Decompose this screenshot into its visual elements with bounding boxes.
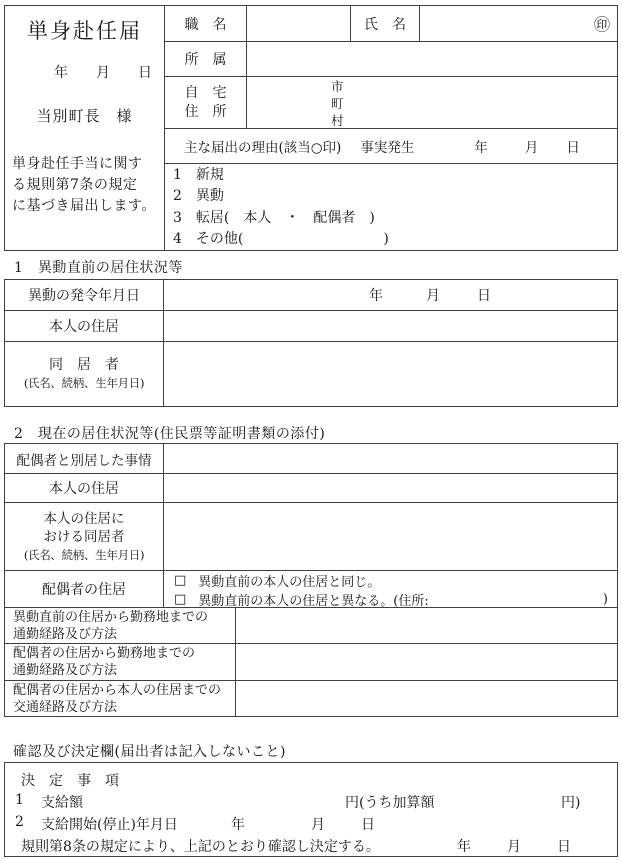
addressee-label: 当別町長 様 <box>5 105 164 126</box>
commute-spouse-row: 配偶者の住居から勤務地までの 通勤経路及び方法 <box>5 644 617 681</box>
reason-header-row: 主な届出の理由(該当○印) 事実発生 年 月 日 <box>165 129 617 164</box>
current-own-residence-row: 本人の住居 <box>5 474 617 503</box>
checkbox-icon[interactable]: □ <box>174 573 186 588</box>
commute-before-row: 異動直前の住居から勤務地までの 通勤経路及び方法 <box>5 608 617 644</box>
order-date-label: 異動の発令年月日 <box>5 280 164 310</box>
commute-before-field[interactable] <box>236 608 617 643</box>
reason-header-label: 主な届出の理由(該当○印) <box>184 136 341 156</box>
own-residence-field[interactable] <box>164 311 617 341</box>
cohabitants-label: 同 居 者 (氏名、続柄、生年月日) <box>5 342 164 406</box>
home-address-field[interactable]: 市 町 村 <box>247 77 617 128</box>
travel-between-row: 配偶者の住居から本人の住居までの 交通経路及び方法 <box>5 681 617 716</box>
yen-addition-label: 円(うち加算額 <box>345 792 434 812</box>
reason-options-list: 1 新規 2 異動 3 転居( 本人 ・ 配偶者 ) 4 その他( ) <box>165 164 617 250</box>
spouse-residence-label: 配偶者の住居 <box>5 571 164 607</box>
current-cohabitants-field[interactable] <box>164 503 617 570</box>
travel-between-label: 配偶者の住居から本人の住居までの 交通経路及び方法 <box>5 681 236 716</box>
own-residence-row: 本人の住居 <box>5 311 617 342</box>
payment-start-line: 2 支給開始(停止)年月日 年 月 日 <box>5 814 617 834</box>
option-different-label: 異動直前の本人の住居と異なる。(住所: <box>198 590 428 609</box>
name-label: 氏 名 <box>351 6 420 41</box>
month-label: 月 <box>426 285 440 305</box>
current-own-residence-field[interactable] <box>164 474 617 502</box>
home-address-row: 自 宅 住 所 市 町 村 <box>165 77 617 129</box>
item-number: 2 <box>15 814 24 830</box>
travel-between-field[interactable] <box>236 681 617 716</box>
day-label: 日 <box>557 836 571 856</box>
month-label: 月 <box>311 814 325 834</box>
job-title-name-row: 職 名 氏 名 ㊞ <box>165 6 617 42</box>
day-label: 日 <box>566 136 580 156</box>
reason-option-relocation[interactable]: 3 転居( 本人 ・ 配偶者 ) <box>173 208 617 228</box>
payment-amount-line: 1 支給額 円(うち加算額 円) <box>5 792 617 812</box>
cohabitants-label-sub: (氏名、続柄、生年月日) <box>24 374 144 392</box>
spouse-residence-row: 配偶者の住居 □ 異動直前の本人の住居と同じ。 □ 異動直前の本人の住居と異なる… <box>5 571 617 608</box>
form-header-table: 単身赴任届 年 月 日 当別町長 様 単身赴任手当に関す る規則第7条の規定 に… <box>4 5 618 251</box>
name-field[interactable]: ㊞ <box>420 6 617 41</box>
affiliation-field[interactable] <box>247 42 617 76</box>
separation-reason-field[interactable] <box>164 444 617 473</box>
yen-close-label: 円) <box>561 792 580 812</box>
current-own-residence-label: 本人の住居 <box>5 474 164 502</box>
spouse-residence-option-same: □ 異動直前の本人の住居と同じ。 <box>174 571 617 590</box>
commute-spouse-label: 配偶者の住居から勤務地までの 通勤経路及び方法 <box>5 644 236 680</box>
item-number: 1 <box>15 792 24 808</box>
fact-occurrence-label: 事実発生 <box>360 136 414 156</box>
separation-reason-label: 配偶者と別居した事情 <box>5 444 164 473</box>
form-header-fields: 職 名 氏 名 ㊞ 所 属 自 宅 住 所 市 町 村 主な届出の理由(該当○印… <box>165 6 617 250</box>
current-cohabitants-label-sub: (氏名、続柄、生年月日) <box>24 546 144 564</box>
day-label: 日 <box>138 62 152 82</box>
form-title: 単身赴任届 <box>5 15 164 45</box>
decision-items-title: 決 定 事 項 <box>21 770 119 790</box>
affiliation-row: 所 属 <box>165 42 617 77</box>
separation-reason-row: 配偶者と別居した事情 <box>5 444 617 474</box>
year-label: 年 <box>54 62 68 82</box>
job-title-label: 職 名 <box>165 6 247 41</box>
day-label: 日 <box>361 814 375 834</box>
month-label: 月 <box>96 62 110 82</box>
cohabitants-label-main: 同 居 者 <box>49 356 119 374</box>
reason-option-other[interactable]: 4 その他( ) <box>173 229 617 249</box>
declaration-text: 単身赴任手当に関す る規則第7条の規定 に基づき届出します。 <box>5 154 164 217</box>
payment-amount-label: 支給額 <box>41 792 83 812</box>
commute-spouse-field[interactable] <box>236 644 617 680</box>
cohabitants-row: 同 居 者 (氏名、続柄、生年月日) <box>5 342 617 406</box>
spouse-residence-field: □ 異動直前の本人の住居と同じ。 □ 異動直前の本人の住居と異なる。(住所: ) <box>164 571 617 607</box>
single-assignment-notification-form: 単身赴任届 年 月 日 当別町長 様 単身赴任手当に関す る規則第7条の規定 に… <box>0 0 622 861</box>
cohabitants-field[interactable] <box>164 342 617 406</box>
current-cohabitants-row: 本人の住居に おける同居者 (氏名、続柄、生年月日) <box>5 503 617 571</box>
decision-box: 決 定 事 項 1 支給額 円(うち加算額 円) 2 支給開始(停止)年月日 年… <box>4 762 618 857</box>
reason-option-new[interactable]: 1 新規 <box>173 165 617 185</box>
confirmation-text: 規則第8条の規定により、上記のとおり確認し決定する。 <box>21 836 380 856</box>
home-address-label: 自 宅 住 所 <box>165 77 247 128</box>
reason-option-transfer[interactable]: 2 異動 <box>173 186 617 206</box>
city-town-village-label: 市 町 村 <box>247 77 617 129</box>
checkbox-icon[interactable]: □ <box>174 592 186 607</box>
form-intro-cell: 単身赴任届 年 月 日 当別町長 様 単身赴任手当に関す る規則第7条の規定 に… <box>5 6 165 250</box>
order-date-field[interactable]: 年 月 日 <box>164 280 617 310</box>
section2-heading: 2 現在の居住状況等(住民票等証明書類の添付) <box>14 423 325 443</box>
section1-table: 異動の発令年月日 年 月 日 本人の住居 同 居 者 (氏名、続柄、生年月日) <box>4 279 618 407</box>
year-label: 年 <box>457 836 471 856</box>
job-title-field[interactable] <box>247 6 351 41</box>
month-label: 月 <box>525 136 539 156</box>
option-different-close-paren: ) <box>603 592 608 607</box>
order-date-row: 異動の発令年月日 年 月 日 <box>5 280 617 311</box>
payment-start-label: 支給開始(停止)年月日 <box>41 814 178 834</box>
option-same-label: 異動直前の本人の住居と同じ。 <box>198 571 380 590</box>
month-label: 月 <box>507 836 521 856</box>
own-residence-label: 本人の住居 <box>5 311 164 341</box>
current-cohabitants-label: 本人の住居に おける同居者 (氏名、続柄、生年月日) <box>5 503 164 570</box>
day-label: 日 <box>477 285 491 305</box>
spouse-residence-option-different: □ 異動直前の本人の住居と異なる。(住所: ) <box>174 590 617 609</box>
section1-heading: 1 異動直前の居住状況等 <box>14 257 183 277</box>
year-label: 年 <box>474 136 488 156</box>
submission-date-line: 年 月 日 <box>5 62 164 82</box>
year-label: 年 <box>369 285 383 305</box>
confirmation-line: 規則第8条の規定により、上記のとおり確認し決定する。 年 月 日 <box>5 836 617 856</box>
commute-before-label: 異動直前の住居から勤務地までの 通勤経路及び方法 <box>5 608 236 643</box>
affiliation-label: 所 属 <box>165 42 247 76</box>
current-cohabitants-label-main: 本人の住居に おける同居者 <box>44 510 125 546</box>
section2-table: 配偶者と別居した事情 本人の住居 本人の住居に おける同居者 (氏名、続柄、生年… <box>4 443 618 717</box>
decision-heading: 確認及び決定欄(届出者は記入しないこと) <box>13 741 286 761</box>
seal-mark-icon: ㊞ <box>594 12 610 35</box>
year-label: 年 <box>231 814 245 834</box>
